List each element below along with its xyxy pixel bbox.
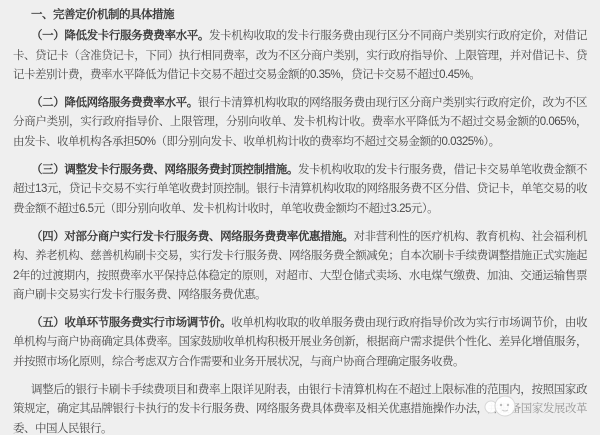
paragraph-1-lead: （一）降低发卡行服务费费率水平。 [31, 30, 209, 42]
document-title: 一、完善定价机制的具体措施 [13, 6, 587, 25]
paragraph-1: （一）降低发卡行服务费费率水平。发卡机构收取的发卡行服务费由现行区分不同商户类别… [13, 27, 587, 85]
paragraph-6-body: 调整后的银行卡刷卡手续费项目和费率上限详见附表，由银行卡清算机构在不超过上限标准… [13, 384, 587, 435]
paragraph-2-lead: （二）降低网络服务费费率水平。 [31, 97, 198, 109]
paragraph-3: （三）调整发卡行服务费、网络服务费封顶控制措施。发卡机构收取的发卡行服务费，借记… [13, 161, 587, 219]
document-page: 一、完善定价机制的具体措施 （一）降低发卡行服务费费率水平。发卡机构收取的发卡行… [0, 0, 600, 435]
paragraph-4: （四）对部分商户实行发卡行服务费、网络服务费费率优惠措施。对非营利性的医疗机构、… [13, 228, 587, 305]
paragraph-3-lead: （三）调整发卡行服务费、网络服务费封顶控制措施。 [31, 164, 298, 176]
paragraph-5-lead: （五）收单环节服务费实行市场调节价。 [31, 317, 231, 329]
paragraph-5: （五）收单环节服务费实行市场调节价。收单机构收取的收单服务费由现行政府指导价改为… [13, 314, 587, 372]
paragraph-4-lead: （四）对部分商户实行发卡行服务费、网络服务费费率优惠措施。 [31, 231, 354, 243]
paragraph-2: （二）降低网络服务费费率水平。银行卡清算机构收取的网络服务费由现行区分商户类别实… [13, 94, 587, 152]
paragraph-6: 调整后的银行卡刷卡手续费项目和费率上限详见附表，由银行卡清算机构在不超过上限标准… [13, 381, 587, 435]
